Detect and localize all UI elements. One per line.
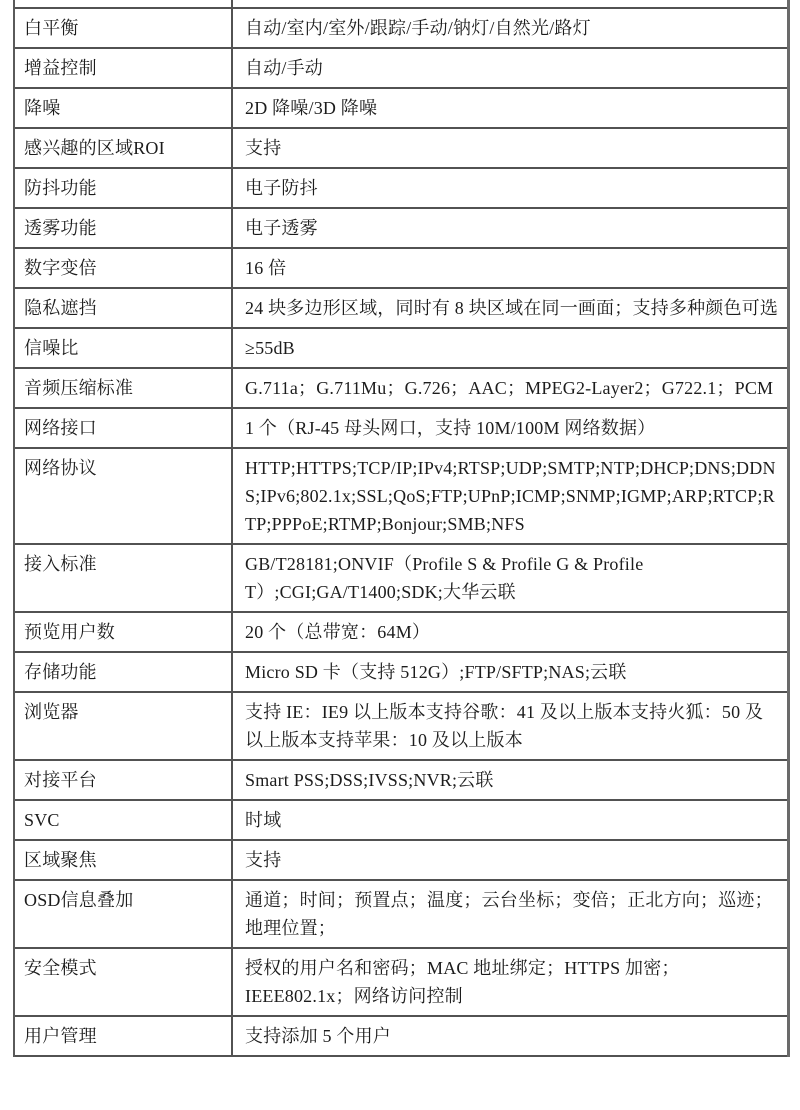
- spec-value-preview-users: 20 个（总带宽：64M）: [231, 613, 787, 651]
- table-row: 信噪比 ≥55dB: [15, 329, 787, 369]
- spec-label-network-protocols: 网络协议: [15, 449, 231, 543]
- spec-value-svc: 时域: [231, 801, 787, 839]
- table-row: SVC 时域: [15, 801, 787, 841]
- spec-label-storage: 存储功能: [15, 653, 231, 691]
- spec-label-snr: 信噪比: [15, 329, 231, 367]
- spec-value-noise-reduction: 2D 降噪/3D 降噪: [231, 89, 787, 127]
- spec-label-platform: 对接平台: [15, 761, 231, 799]
- spec-label-security-mode: 安全模式: [15, 949, 231, 1015]
- spec-label-user-management: 用户管理: [15, 1017, 231, 1055]
- table-row-partial: [15, 0, 787, 9]
- spec-label-browser: 浏览器: [15, 693, 231, 759]
- table-row: 预览用户数 20 个（总带宽：64M）: [15, 613, 787, 653]
- spec-value-stabilization: 电子防抖: [231, 169, 787, 207]
- spec-value-user-management: 支持添加 5 个用户: [231, 1017, 787, 1055]
- table-row: 白平衡 自动/室内/室外/跟踪/手动/钠灯/自然光/路灯: [15, 9, 787, 49]
- spec-value-digital-zoom: 16 倍: [231, 249, 787, 287]
- spec-value-region-focus: 支持: [231, 841, 787, 879]
- spec-value-audio-compression: G.711a；G.711Mu；G.726；AAC；MPEG2-Layer2；G7…: [231, 369, 787, 407]
- table-row: 网络接口 1 个（RJ-45 母头网口，支持 10M/100M 网络数据）: [15, 409, 787, 449]
- table-row: 音频压缩标准 G.711a；G.711Mu；G.726；AAC；MPEG2-La…: [15, 369, 787, 409]
- table-row: 防抖功能 电子防抖: [15, 169, 787, 209]
- table-row: 对接平台 Smart PSS;DSS;IVSS;NVR;云联: [15, 761, 787, 801]
- table-row: 降噪 2D 降噪/3D 降噪: [15, 89, 787, 129]
- table-row: 透雾功能 电子透雾: [15, 209, 787, 249]
- spec-value-cell: [231, 0, 787, 7]
- spec-value-snr: ≥55dB: [231, 329, 787, 367]
- spec-label-roi: 感兴趣的区域ROI: [15, 129, 231, 167]
- spec-value-privacy-mask: 24 块多边形区域，同时有 8 块区域在同一画面；支持多种颜色可选: [231, 289, 787, 327]
- spec-label-cell: [15, 0, 231, 7]
- table-row: 接入标准 GB/T28181;ONVIF（Profile S & Profile…: [15, 545, 787, 613]
- table-row: 网络协议 HTTP;HTTPS;TCP/IP;IPv4;RTSP;UDP;SMT…: [15, 449, 787, 545]
- table-row: OSD信息叠加 通道；时间；预置点；温度；云台坐标；变倍；正北方向；巡迹；地理位…: [15, 881, 787, 949]
- spec-label-svc: SVC: [15, 801, 231, 839]
- table-row: 浏览器 支持 IE：IE9 以上版本支持谷歌：41 及以上版本支持火狐：50 及…: [15, 693, 787, 761]
- spec-label-privacy-mask: 隐私遮挡: [15, 289, 231, 327]
- spec-value-network-protocols: HTTP;HTTPS;TCP/IP;IPv4;RTSP;UDP;SMTP;NTP…: [231, 449, 787, 543]
- spec-value-gain-control: 自动/手动: [231, 49, 787, 87]
- spec-value-white-balance: 自动/室内/室外/跟踪/手动/钠灯/自然光/路灯: [231, 9, 787, 47]
- spec-label-stabilization: 防抖功能: [15, 169, 231, 207]
- spec-label-network-port: 网络接口: [15, 409, 231, 447]
- spec-value-browser: 支持 IE：IE9 以上版本支持谷歌：41 及以上版本支持火狐：50 及以上版本…: [231, 693, 787, 759]
- spec-value-network-port: 1 个（RJ-45 母头网口，支持 10M/100M 网络数据）: [231, 409, 787, 447]
- spec-label-defog: 透雾功能: [15, 209, 231, 247]
- spec-value-defog: 电子透雾: [231, 209, 787, 247]
- spec-value-access-standards: GB/T28181;ONVIF（Profile S & Profile G & …: [231, 545, 787, 611]
- spec-label-region-focus: 区域聚焦: [15, 841, 231, 879]
- table-row: 安全模式 授权的用户名和密码；MAC 地址绑定；HTTPS 加密；IEEE802…: [15, 949, 787, 1017]
- spec-value-osd-overlay: 通道；时间；预置点；温度；云台坐标；变倍；正北方向；巡迹；地理位置；: [231, 881, 787, 947]
- spec-label-audio-compression: 音频压缩标准: [15, 369, 231, 407]
- table-row: 数字变倍 16 倍: [15, 249, 787, 289]
- table-row: 感兴趣的区域ROI 支持: [15, 129, 787, 169]
- table-row: 隐私遮挡 24 块多边形区域，同时有 8 块区域在同一画面；支持多种颜色可选: [15, 289, 787, 329]
- spec-label-gain-control: 增益控制: [15, 49, 231, 87]
- spec-label-access-standards: 接入标准: [15, 545, 231, 611]
- table-row: 存储功能 Micro SD 卡（支持 512G）;FTP/SFTP;NAS;云联: [15, 653, 787, 693]
- spec-value-platform: Smart PSS;DSS;IVSS;NVR;云联: [231, 761, 787, 799]
- table-row: 区域聚焦 支持: [15, 841, 787, 881]
- spec-value-roi: 支持: [231, 129, 787, 167]
- table-row: 用户管理 支持添加 5 个用户: [15, 1017, 787, 1057]
- spec-label-osd-overlay: OSD信息叠加: [15, 881, 231, 947]
- spec-label-noise-reduction: 降噪: [15, 89, 231, 127]
- spec-value-storage: Micro SD 卡（支持 512G）;FTP/SFTP;NAS;云联: [231, 653, 787, 691]
- spec-value-security-mode: 授权的用户名和密码；MAC 地址绑定；HTTPS 加密；IEEE802.1x；网…: [231, 949, 787, 1015]
- spec-table: 白平衡 自动/室内/室外/跟踪/手动/钠灯/自然光/路灯 增益控制 自动/手动 …: [13, 0, 790, 1057]
- spec-label-white-balance: 白平衡: [15, 9, 231, 47]
- table-row: 增益控制 自动/手动: [15, 49, 787, 89]
- spec-label-preview-users: 预览用户数: [15, 613, 231, 651]
- spec-label-digital-zoom: 数字变倍: [15, 249, 231, 287]
